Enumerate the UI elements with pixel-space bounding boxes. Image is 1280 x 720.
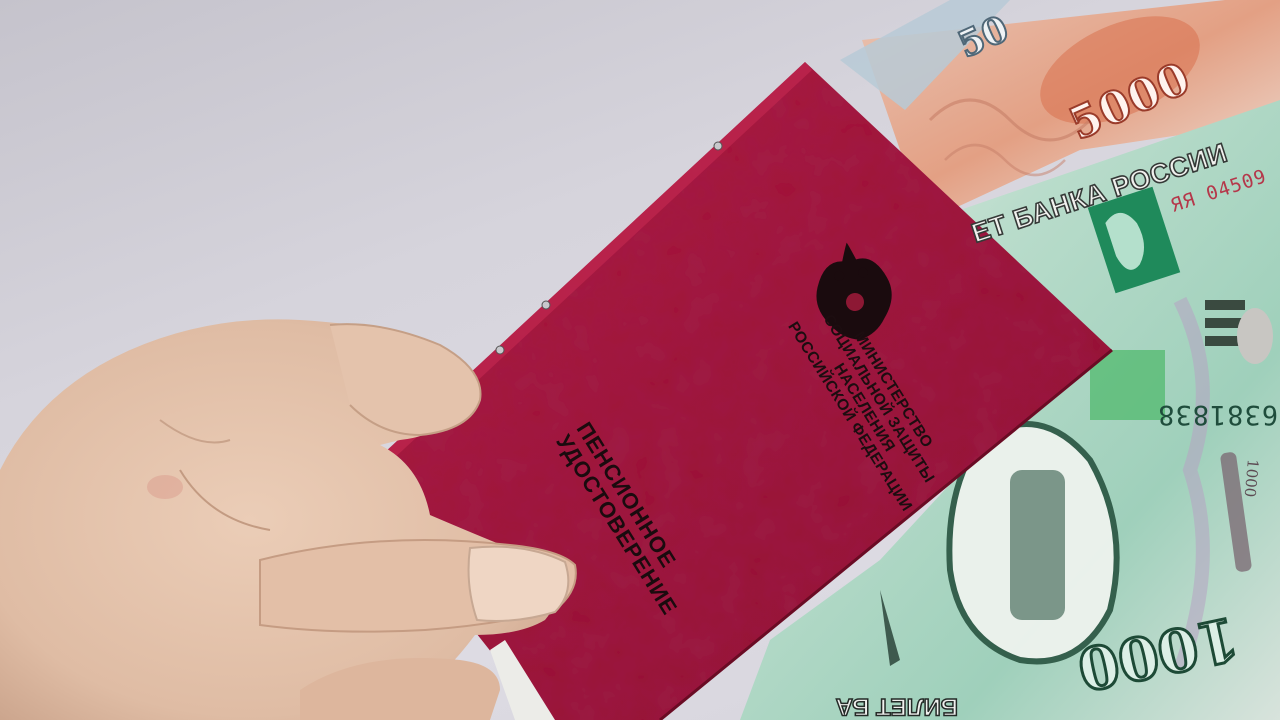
photo-scene: МИНИСТЕРСТВО СОЦИАЛЬНОЙ ЗАЩИТЫ НАСЕЛЕНИЯ… xyxy=(0,0,1280,720)
banknote-bottom-label: БИЛЕТ БА xyxy=(836,692,958,720)
banknote-side-denomination: 1000 xyxy=(1241,458,1262,498)
banknote-side-serial-number: 6381838 xyxy=(1157,399,1278,430)
